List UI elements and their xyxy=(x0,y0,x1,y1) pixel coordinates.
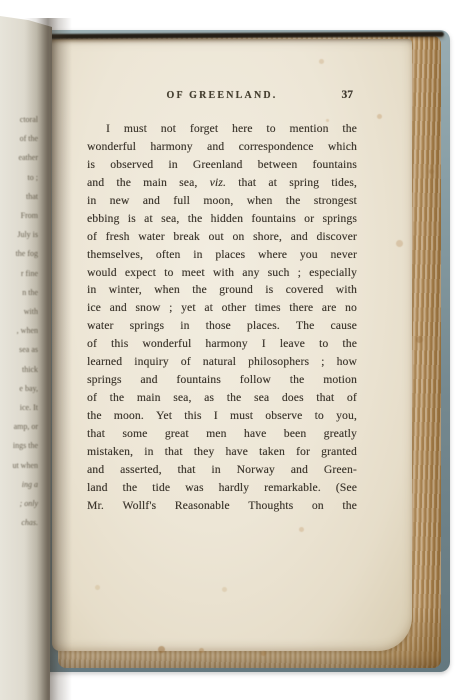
word: discover xyxy=(316,228,356,246)
word: at xyxy=(204,299,213,317)
word: Reasonable xyxy=(175,497,230,515)
word: that xyxy=(87,425,105,443)
left-page-fragment: ice. It xyxy=(0,398,38,417)
text-line: andthemainsea,viz.thatatspringtides, xyxy=(87,174,357,192)
word: out xyxy=(209,228,224,246)
word: (See xyxy=(336,479,357,497)
word: when xyxy=(154,281,180,299)
word: was xyxy=(185,479,203,497)
word: hardly xyxy=(219,479,250,497)
word: you, xyxy=(336,407,357,425)
word: wonderful xyxy=(87,138,136,156)
word: water xyxy=(138,228,165,246)
word: have xyxy=(225,443,248,461)
text-line: inwinter,whenthegroundiscoveredwith xyxy=(87,281,357,299)
word: often xyxy=(156,246,181,264)
word: other xyxy=(222,299,247,317)
word: sea, xyxy=(179,174,197,192)
word: tides, xyxy=(331,174,357,192)
word: the xyxy=(188,210,203,228)
text-line: wouldexpecttomeetwithanysuch;especially xyxy=(87,264,357,282)
word: main xyxy=(137,389,161,407)
left-page-fragment: July is xyxy=(0,225,38,244)
text-line: themselves,ofteninplaceswhereyounever xyxy=(87,246,357,264)
word: is xyxy=(128,210,136,228)
left-page-fragment: From xyxy=(0,206,38,225)
left-page-fragment: thick xyxy=(0,360,38,379)
text-line: isobservedinGreenlandbetweenfountains xyxy=(87,156,357,174)
word: new xyxy=(110,192,130,210)
left-page-fragment: n the xyxy=(0,283,38,302)
word: and xyxy=(207,138,224,156)
word: meet xyxy=(182,264,205,282)
word: greatly xyxy=(324,425,357,443)
word: ; xyxy=(321,353,324,371)
word: in xyxy=(211,461,220,479)
left-page-fragment: ing a xyxy=(0,475,38,494)
word: cause xyxy=(330,317,357,335)
foxing-spots xyxy=(0,0,3,3)
text-line: iceandsnow;yetatothertimesthereareno xyxy=(87,299,357,317)
text-line: ebbingisatsea,thehiddenfountainsorspring… xyxy=(87,210,357,228)
word: especially xyxy=(309,264,357,282)
word: ground xyxy=(219,281,253,299)
word: at xyxy=(144,210,153,228)
word: mistaken, xyxy=(87,443,133,461)
word: when xyxy=(247,192,273,210)
word: viz. xyxy=(210,174,226,192)
word: in xyxy=(87,192,96,210)
left-page-fragment: with xyxy=(0,302,38,321)
word: of xyxy=(347,389,357,407)
word: that xyxy=(238,174,256,192)
left-page-fragment: sea as xyxy=(0,340,38,359)
word: motion xyxy=(323,371,357,389)
word: on xyxy=(312,497,324,515)
word: fresh xyxy=(106,228,130,246)
word: taken xyxy=(259,443,285,461)
word: to xyxy=(319,335,328,353)
left-page-fragment: of the xyxy=(0,129,38,148)
running-header: OF GREENLAND. xyxy=(87,90,357,101)
word: the xyxy=(192,281,207,299)
word: to xyxy=(164,264,173,282)
word: winter, xyxy=(109,281,142,299)
left-page-fragment: ut when xyxy=(0,456,38,475)
word: as xyxy=(204,389,214,407)
word: between xyxy=(258,156,298,174)
word: learned xyxy=(87,353,122,371)
word: asserted, xyxy=(120,461,162,479)
word: springs xyxy=(322,210,357,228)
word: correspondence xyxy=(239,138,314,156)
word: forget xyxy=(190,120,218,138)
word: sea, xyxy=(161,210,179,228)
word: this xyxy=(184,407,201,425)
word: I xyxy=(106,120,110,138)
word: the xyxy=(87,407,102,425)
word: such xyxy=(268,264,290,282)
word: ice xyxy=(87,299,101,317)
header-row: OF GREENLAND. 37 xyxy=(87,90,357,106)
word: must xyxy=(230,407,253,425)
word: fountains xyxy=(176,371,221,389)
word: those xyxy=(206,317,231,335)
word: on xyxy=(232,228,244,246)
word: is xyxy=(265,281,273,299)
word: wonderful xyxy=(142,335,191,353)
word: are xyxy=(322,299,337,317)
text-line: wonderfulharmonyandcorrespondencewhich xyxy=(87,138,357,156)
word: is xyxy=(87,156,95,174)
word: harmony xyxy=(205,335,247,353)
word: that xyxy=(316,389,334,407)
left-page-fragment: e bay, xyxy=(0,379,38,398)
text-line: springsandfountainsfollowthemotion xyxy=(87,371,357,389)
word: here xyxy=(232,120,253,138)
word: the xyxy=(116,174,131,192)
text-line: offreshwaterbreakoutonshore,anddiscover xyxy=(87,228,357,246)
word: I xyxy=(214,407,218,425)
word: observe xyxy=(265,407,302,425)
word: they xyxy=(194,443,215,461)
word: I xyxy=(262,335,266,353)
word: ebbing xyxy=(87,210,119,228)
word: ; xyxy=(169,299,172,317)
text-line: andasserted,thatinNorwayandGreen- xyxy=(87,461,357,479)
word: mention xyxy=(289,120,328,138)
word: the xyxy=(123,479,138,497)
word: in xyxy=(193,246,202,264)
word: this xyxy=(111,335,128,353)
word: snow xyxy=(135,299,160,317)
word: for xyxy=(296,443,310,461)
word: Greenland xyxy=(193,156,243,174)
word: that xyxy=(178,461,196,479)
word: the xyxy=(286,192,301,210)
text-line: themoon.YetthisImustobservetoyou, xyxy=(87,407,357,425)
word: to xyxy=(266,120,275,138)
word: you xyxy=(300,246,318,264)
word: places. xyxy=(247,317,280,335)
word: and xyxy=(143,192,160,210)
left-page-fragment: ctoral xyxy=(0,110,38,129)
book-photo: ctoralof theeatherto ;thatFromJuly isthe… xyxy=(0,0,474,700)
word: does xyxy=(282,389,304,407)
word: and xyxy=(87,461,104,479)
word: remarkable. xyxy=(264,479,321,497)
word: yet xyxy=(181,299,196,317)
word: in xyxy=(87,281,96,299)
text-line: Imustnotforgetheretomentionthe xyxy=(87,120,357,138)
word: springs xyxy=(87,371,122,389)
word: great xyxy=(165,425,189,443)
left-page-fragment: ings the xyxy=(0,436,38,455)
word: where xyxy=(258,246,287,264)
word: land xyxy=(87,479,108,497)
left-page-fragment: to ; xyxy=(0,168,38,187)
word: of xyxy=(87,389,97,407)
word: with xyxy=(213,264,234,282)
word: leave xyxy=(280,335,305,353)
word: strongest xyxy=(314,192,357,210)
word: Wollf's xyxy=(122,497,156,515)
left-page-fragment: ; only xyxy=(0,494,38,513)
word: some xyxy=(122,425,147,443)
word: been xyxy=(284,425,307,443)
word: springs xyxy=(130,317,165,335)
word: spring xyxy=(289,174,319,192)
word: moon. xyxy=(114,407,144,425)
word: must xyxy=(124,120,147,138)
word: and xyxy=(291,461,308,479)
text-line: thatsomegreatmenhavebeengreatly xyxy=(87,425,357,443)
left-page-fragment: amp, or xyxy=(0,417,38,436)
word: sea, xyxy=(173,389,191,407)
word: there xyxy=(289,299,313,317)
word: never xyxy=(330,246,357,264)
left-page-fragment: that xyxy=(0,187,38,206)
text-line: landthetidewashardlyremarkable.(See xyxy=(87,479,357,497)
word: no xyxy=(345,299,357,317)
word: observed xyxy=(110,156,153,174)
text-line: ofthiswonderfulharmonyIleavetothe xyxy=(87,335,357,353)
word: have xyxy=(244,425,267,443)
text-line: Mr.Wollf'sReasonableThoughtsonthe xyxy=(87,497,357,515)
word: full xyxy=(173,192,190,210)
word: any xyxy=(242,264,259,282)
word: main xyxy=(143,174,167,192)
word: harmony xyxy=(150,138,192,156)
left-page-fragment: chas. xyxy=(0,513,38,532)
word: the xyxy=(342,497,357,515)
word: or xyxy=(304,210,314,228)
left-page-fragment: r fine xyxy=(0,264,38,283)
word: with xyxy=(336,281,357,299)
left-page-fragment: eather xyxy=(0,148,38,167)
word: times xyxy=(255,299,281,317)
word: in xyxy=(180,317,189,335)
word: the xyxy=(290,371,305,389)
left-page-text-fragments: ctoralof theeatherto ;thatFromJuly isthe… xyxy=(0,110,40,532)
page-text: Imustnotforgetheretomentionthewonderfulh… xyxy=(87,120,357,515)
word: not xyxy=(161,120,176,138)
word: of xyxy=(87,228,97,246)
word: fountains xyxy=(312,156,357,174)
word: Green- xyxy=(324,461,357,479)
word: hidden xyxy=(211,210,243,228)
word: shore, xyxy=(253,228,282,246)
word: covered xyxy=(286,281,324,299)
word: Mr. xyxy=(87,497,104,515)
word: places xyxy=(215,246,245,264)
word: at xyxy=(268,174,277,192)
word: inquiry xyxy=(134,353,169,371)
word: The xyxy=(296,317,314,335)
word: natural xyxy=(203,353,236,371)
word: in xyxy=(168,156,177,174)
word: of xyxy=(181,353,191,371)
word: that xyxy=(165,443,183,461)
left-page-fragment: , when xyxy=(0,321,38,340)
word: Norway xyxy=(237,461,275,479)
word: ; xyxy=(298,264,301,282)
word: how xyxy=(337,353,357,371)
word: sea xyxy=(254,389,269,407)
word: moon, xyxy=(203,192,233,210)
word: Thoughts xyxy=(248,497,293,515)
word: to xyxy=(315,407,324,425)
left-page-fragment: the fog xyxy=(0,244,38,263)
text-line: innewandfullmoon,whenthestrongest xyxy=(87,192,357,210)
text-line: learnedinquiryofnaturalphilosophers;how xyxy=(87,353,357,371)
text-block: OF GREENLAND. 37 Imustnotforgetheretomen… xyxy=(87,90,357,515)
word: and xyxy=(291,228,308,246)
word: would xyxy=(87,264,117,282)
word: in xyxy=(144,443,153,461)
word: granted xyxy=(321,443,357,461)
word: the xyxy=(227,389,242,407)
word: philosophers xyxy=(248,353,309,371)
word: Yet xyxy=(156,407,172,425)
word: and xyxy=(110,299,127,317)
word: tide xyxy=(152,479,170,497)
page-number: 37 xyxy=(342,89,354,101)
word: and xyxy=(140,371,157,389)
word: men xyxy=(206,425,226,443)
word: follow xyxy=(240,371,271,389)
text-line: ofthemainsea,astheseadoesthatof xyxy=(87,389,357,407)
text-line: mistaken,inthattheyhavetakenforgranted xyxy=(87,443,357,461)
word: fountains xyxy=(251,210,296,228)
word: water xyxy=(87,317,114,335)
word: and xyxy=(87,174,104,192)
word: the xyxy=(110,389,125,407)
word: break xyxy=(173,228,200,246)
word: expect xyxy=(125,264,156,282)
word: which xyxy=(328,138,357,156)
word: of xyxy=(87,335,97,353)
word: themselves, xyxy=(87,246,143,264)
text-line: waterspringsinthoseplaces.Thecause xyxy=(87,317,357,335)
word: the xyxy=(342,335,357,353)
word: the xyxy=(342,120,357,138)
